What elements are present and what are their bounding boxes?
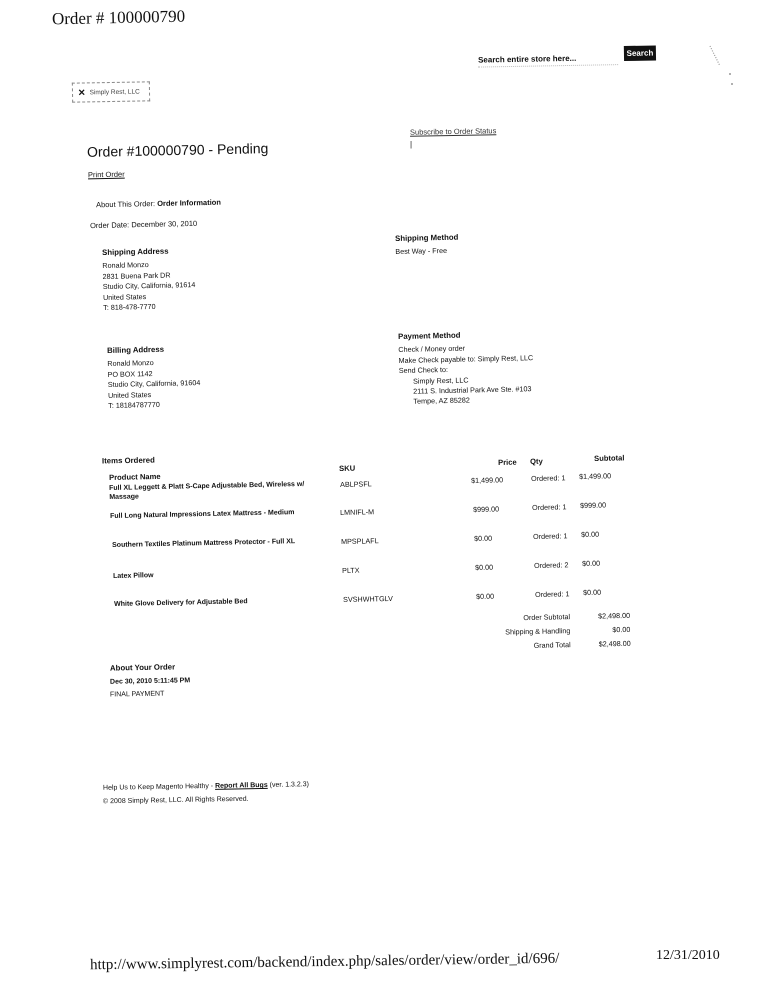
product-sku: MPSPLAFL (341, 536, 379, 546)
product-sku: LMNIFL-M (340, 507, 374, 517)
footer-copyright: © 2008 Simply Rest, LLC. All Rights Rese… (103, 796, 249, 806)
address-phone: T: 18184787770 (108, 399, 201, 411)
search-form: Search (478, 45, 658, 68)
product-name: Southern Textiles Platinum Mattress Prot… (112, 536, 332, 550)
store-switcher[interactable]: ✕ Simply Rest, LLC (72, 81, 150, 102)
about-your-order-timestamp: Dec 30, 2010 5:11:45 PM (110, 677, 190, 685)
order-date-label: Order Date: (90, 220, 129, 230)
product-name: White Glove Delivery for Adjustable Bed (114, 595, 334, 609)
address-line: Studio City, California, 91614 (103, 280, 196, 292)
subscribe-order-status-link[interactable]: Subscribe to Order Status (410, 126, 496, 137)
col-subtotal: Subtotal (594, 453, 625, 463)
payment-method-heading: Payment Method (398, 329, 533, 342)
product-subtotal: $0.00 (583, 588, 601, 597)
order-date: Order Date: December 30, 2010 (90, 219, 197, 230)
product-qty: Ordered: 2 (534, 560, 569, 570)
product-price: $0.00 (476, 592, 494, 601)
payment-address-line: Tempe, AZ 85282 (399, 395, 534, 408)
col-sku: SKU (339, 464, 355, 473)
product-subtotal: $0.00 (582, 559, 600, 568)
search-input[interactable] (478, 50, 618, 67)
print-footer-date: 12/31/2010 (656, 948, 720, 964)
totals-label: Shipping & Handling (480, 626, 570, 639)
product-qty: Ordered: 1 (531, 473, 566, 483)
totals-value: $0.00 (570, 625, 630, 637)
product-price: $0.00 (474, 534, 492, 543)
col-qty: Qty (530, 457, 543, 466)
product-subtotal: $999.00 (580, 500, 606, 510)
product-sku: PLTX (342, 566, 360, 575)
col-price: Price (498, 458, 517, 467)
product-price: $999.00 (473, 504, 499, 514)
product-subtotal: $1,499.00 (579, 471, 611, 481)
shipping-address-heading: Shipping Address (102, 246, 195, 258)
product-price: $0.00 (475, 563, 493, 572)
totals-label: Grand Total (481, 640, 571, 653)
about-your-order-heading: About Your Order (110, 662, 175, 672)
print-order-link[interactable]: Print Order (88, 170, 125, 180)
scan-artifact (706, 44, 736, 94)
subscribe-mark: | (410, 140, 412, 149)
product-qty: Ordered: 1 (532, 502, 567, 512)
footer-help: Help Us to Keep Magento Healthy - Report… (103, 781, 309, 792)
address-phone: T: 818-478-7770 (103, 301, 196, 313)
items-ordered-heading: Items Ordered (102, 456, 155, 466)
totals: Order Subtotal $2,498.00 Shipping & Hand… (480, 611, 631, 653)
shipping-address: Shipping Address Ronald Monzo 2831 Buena… (102, 246, 196, 313)
print-footer-url: http://www.simplyrest.com/backend/index.… (90, 951, 560, 975)
report-bugs-link[interactable]: Report All Bugs (215, 782, 268, 790)
billing-address: Billing Address Ronald Monzo PO BOX 1142… (107, 344, 201, 411)
product-name: Full XL Leggett & Platt S-Cape Adjustabl… (109, 479, 329, 502)
payment-method: Payment Method Check / Money order Make … (398, 329, 534, 408)
totals-label: Order Subtotal (480, 612, 570, 625)
col-product-name: Product Name (109, 472, 161, 482)
close-icon[interactable]: ✕ (78, 87, 86, 98)
about-this-order: About This Order: Order Information (96, 198, 221, 210)
page-title: Order #100000790 - Pending (87, 140, 269, 160)
footer-version: (ver. 1.3.2.3) (268, 781, 309, 789)
totals-row: Order Subtotal $2,498.00 (480, 611, 630, 625)
product-name: Full Long Natural Impressions Latex Matt… (110, 507, 330, 521)
footer-help-text: Help Us to Keep Magento Healthy - (103, 783, 215, 792)
totals-row: Shipping & Handling $0.00 (480, 625, 630, 639)
shipping-method: Shipping Method Best Way - Free (395, 233, 459, 258)
store-switcher-label: Simply Rest, LLC (89, 88, 139, 96)
product-subtotal: $0.00 (581, 530, 599, 539)
order-date-value: December 30, 2010 (131, 219, 197, 229)
product-name: Latex Pillow (113, 567, 333, 581)
totals-value: $2,498.00 (571, 639, 631, 651)
billing-address-heading: Billing Address (107, 344, 200, 356)
about-your-order-note: FINAL PAYMENT (110, 691, 164, 699)
product-sku: ABLPSFL (340, 479, 372, 489)
order-information-tab[interactable]: Order Information (157, 198, 221, 208)
totals-value: $2,498.00 (570, 611, 630, 623)
product-qty: Ordered: 1 (533, 531, 568, 541)
product-qty: Ordered: 1 (535, 589, 570, 599)
shipping-method-heading: Shipping Method (395, 233, 458, 245)
about-label: About This Order: (96, 199, 155, 209)
print-header-title: Order # 100000790 (52, 7, 186, 30)
product-sku: SVSHWHTGLV (343, 594, 393, 604)
search-button[interactable]: Search (624, 45, 656, 61)
address-line: Studio City, California, 91604 (108, 378, 201, 390)
shipping-method-value: Best Way - Free (395, 246, 458, 258)
totals-row-grand: Grand Total $2,498.00 (481, 639, 631, 653)
product-price: $1,499.00 (471, 475, 503, 485)
